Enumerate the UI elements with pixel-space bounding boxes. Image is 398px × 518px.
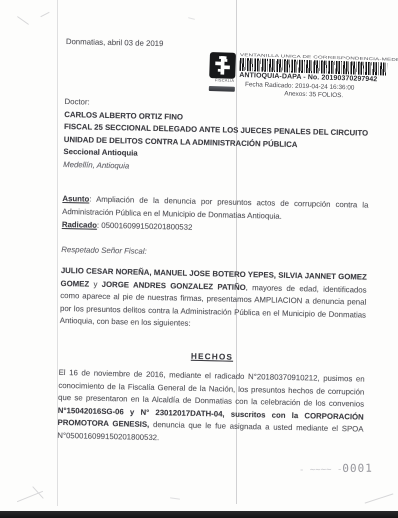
recipient-block: Doctor: CARLOS ALBERTO ORTIZ FINO FISCAL…: [63, 96, 371, 178]
letter-body: Donmatias, abril 03 de 2019 Doctor: CARL…: [56, 36, 372, 483]
names-connector: y: [89, 279, 102, 288]
folio-number: 0001: [342, 462, 373, 475]
greeting: Respetado Señor Fiscal:: [61, 244, 367, 263]
pencil-mark: [365, 493, 394, 503]
hechos-heading: HECHOS: [59, 348, 365, 367]
hechos-segment-1: El 16 de noviembre de 2016, mediante el …: [58, 368, 365, 409]
subject-label: Asunto: [62, 194, 89, 204]
radicado-label: Radicado: [62, 220, 97, 230]
scanned-letter-page: FISCALIA VENTANILLA UNICA DE CORRESPONDE…: [0, 0, 398, 518]
folio-number-stamp: - ~~~~ -0001: [299, 461, 395, 475]
folio-faded-prefix: - ~~~~ -: [299, 465, 342, 475]
pencil-mark: [170, 497, 180, 499]
date-line: Donmatias, abril 03 de 2019: [66, 36, 372, 55]
scanner-bottom-edge: [0, 511, 398, 518]
pencil-mark: [40, 12, 49, 18]
complainant-names-2: JORGE ANDRES GONZALEZ PATIÑO: [102, 279, 246, 291]
radicado-number: : 050016099150201800532: [97, 220, 193, 231]
opening-paragraph: JULIO CESAR NOREÑA, MANUEL JOSE BOTERO Y…: [60, 265, 367, 335]
pencil-mark: [32, 486, 43, 499]
pencil-mark: [188, 17, 195, 20]
hechos-paragraph: El 16 de noviembre de 2016, mediante el …: [57, 367, 365, 449]
subject-block: Asunto: Ampliación de la denuncia por pr…: [62, 193, 369, 238]
subject-text: : Ampliación de la denuncia por presunto…: [62, 195, 368, 221]
pencil-mark: [17, 16, 29, 25]
